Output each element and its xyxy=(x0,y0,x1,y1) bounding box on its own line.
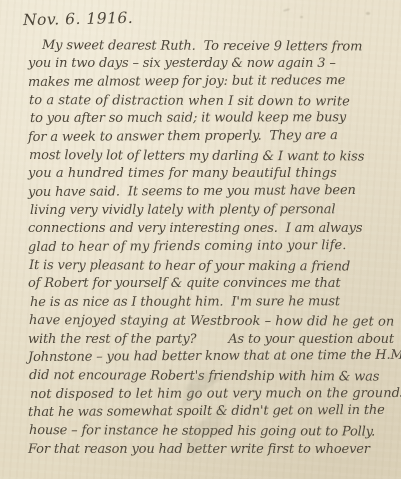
letter-line: For that reason you had better write fir… xyxy=(28,441,396,459)
paper-smudge xyxy=(283,8,290,12)
letter-line: glad to hear of my friends coming into y… xyxy=(28,237,396,258)
letter-line: makes me almost weep for joy: but it red… xyxy=(28,71,396,92)
paper-smudge xyxy=(300,16,303,18)
letter-line: My sweet dearest Ruth. To receive 9 lett… xyxy=(29,37,397,57)
letter-body: My sweet dearest Ruth. To receive 9 lett… xyxy=(28,37,396,459)
paper-smudge xyxy=(366,12,370,15)
letter-line: living very vividly lately with plenty o… xyxy=(30,201,398,220)
letter-line: of Robert for yourself & quite convinces… xyxy=(28,275,396,293)
letter-line: you have said. It seems to me you must h… xyxy=(28,182,396,203)
letter-line: you in two days – six yesterday & now ag… xyxy=(28,55,396,73)
letter-line: have enjoyed staying at Westbrook – how … xyxy=(29,312,397,332)
letter-line: you a hundred times for many beautiful t… xyxy=(28,165,396,183)
letter-line: with the rest of the party? As to your q… xyxy=(28,331,396,349)
letter-line: to you after so much said; it would keep… xyxy=(30,109,398,128)
letter-line: connections and very interesting ones. I… xyxy=(28,220,396,238)
letter-line: did not encourage Robert's friendship wi… xyxy=(29,367,397,387)
letter-page: Nov. 6. 1916. My sweet dearest Ruth. To … xyxy=(0,0,401,479)
letter-line: It is very pleasant to hear of your maki… xyxy=(29,257,397,277)
letter-date: Nov. 6. 1916. xyxy=(23,9,134,29)
letter-line: most lovely lot of letters my darling & … xyxy=(29,147,397,167)
letter-line: not disposed to let him go out very much… xyxy=(30,385,398,404)
letter-line: Johnstone – you had better know that at … xyxy=(28,347,396,368)
letter-line: that he was somewhat spoilt & didn't get… xyxy=(28,402,396,423)
letter-line: he is as nice as I thought him. I'm sure… xyxy=(30,293,398,312)
letter-line: house – for instance he stopped his goin… xyxy=(29,422,397,442)
letter-line: for a week to answer them properly. They… xyxy=(28,126,396,147)
